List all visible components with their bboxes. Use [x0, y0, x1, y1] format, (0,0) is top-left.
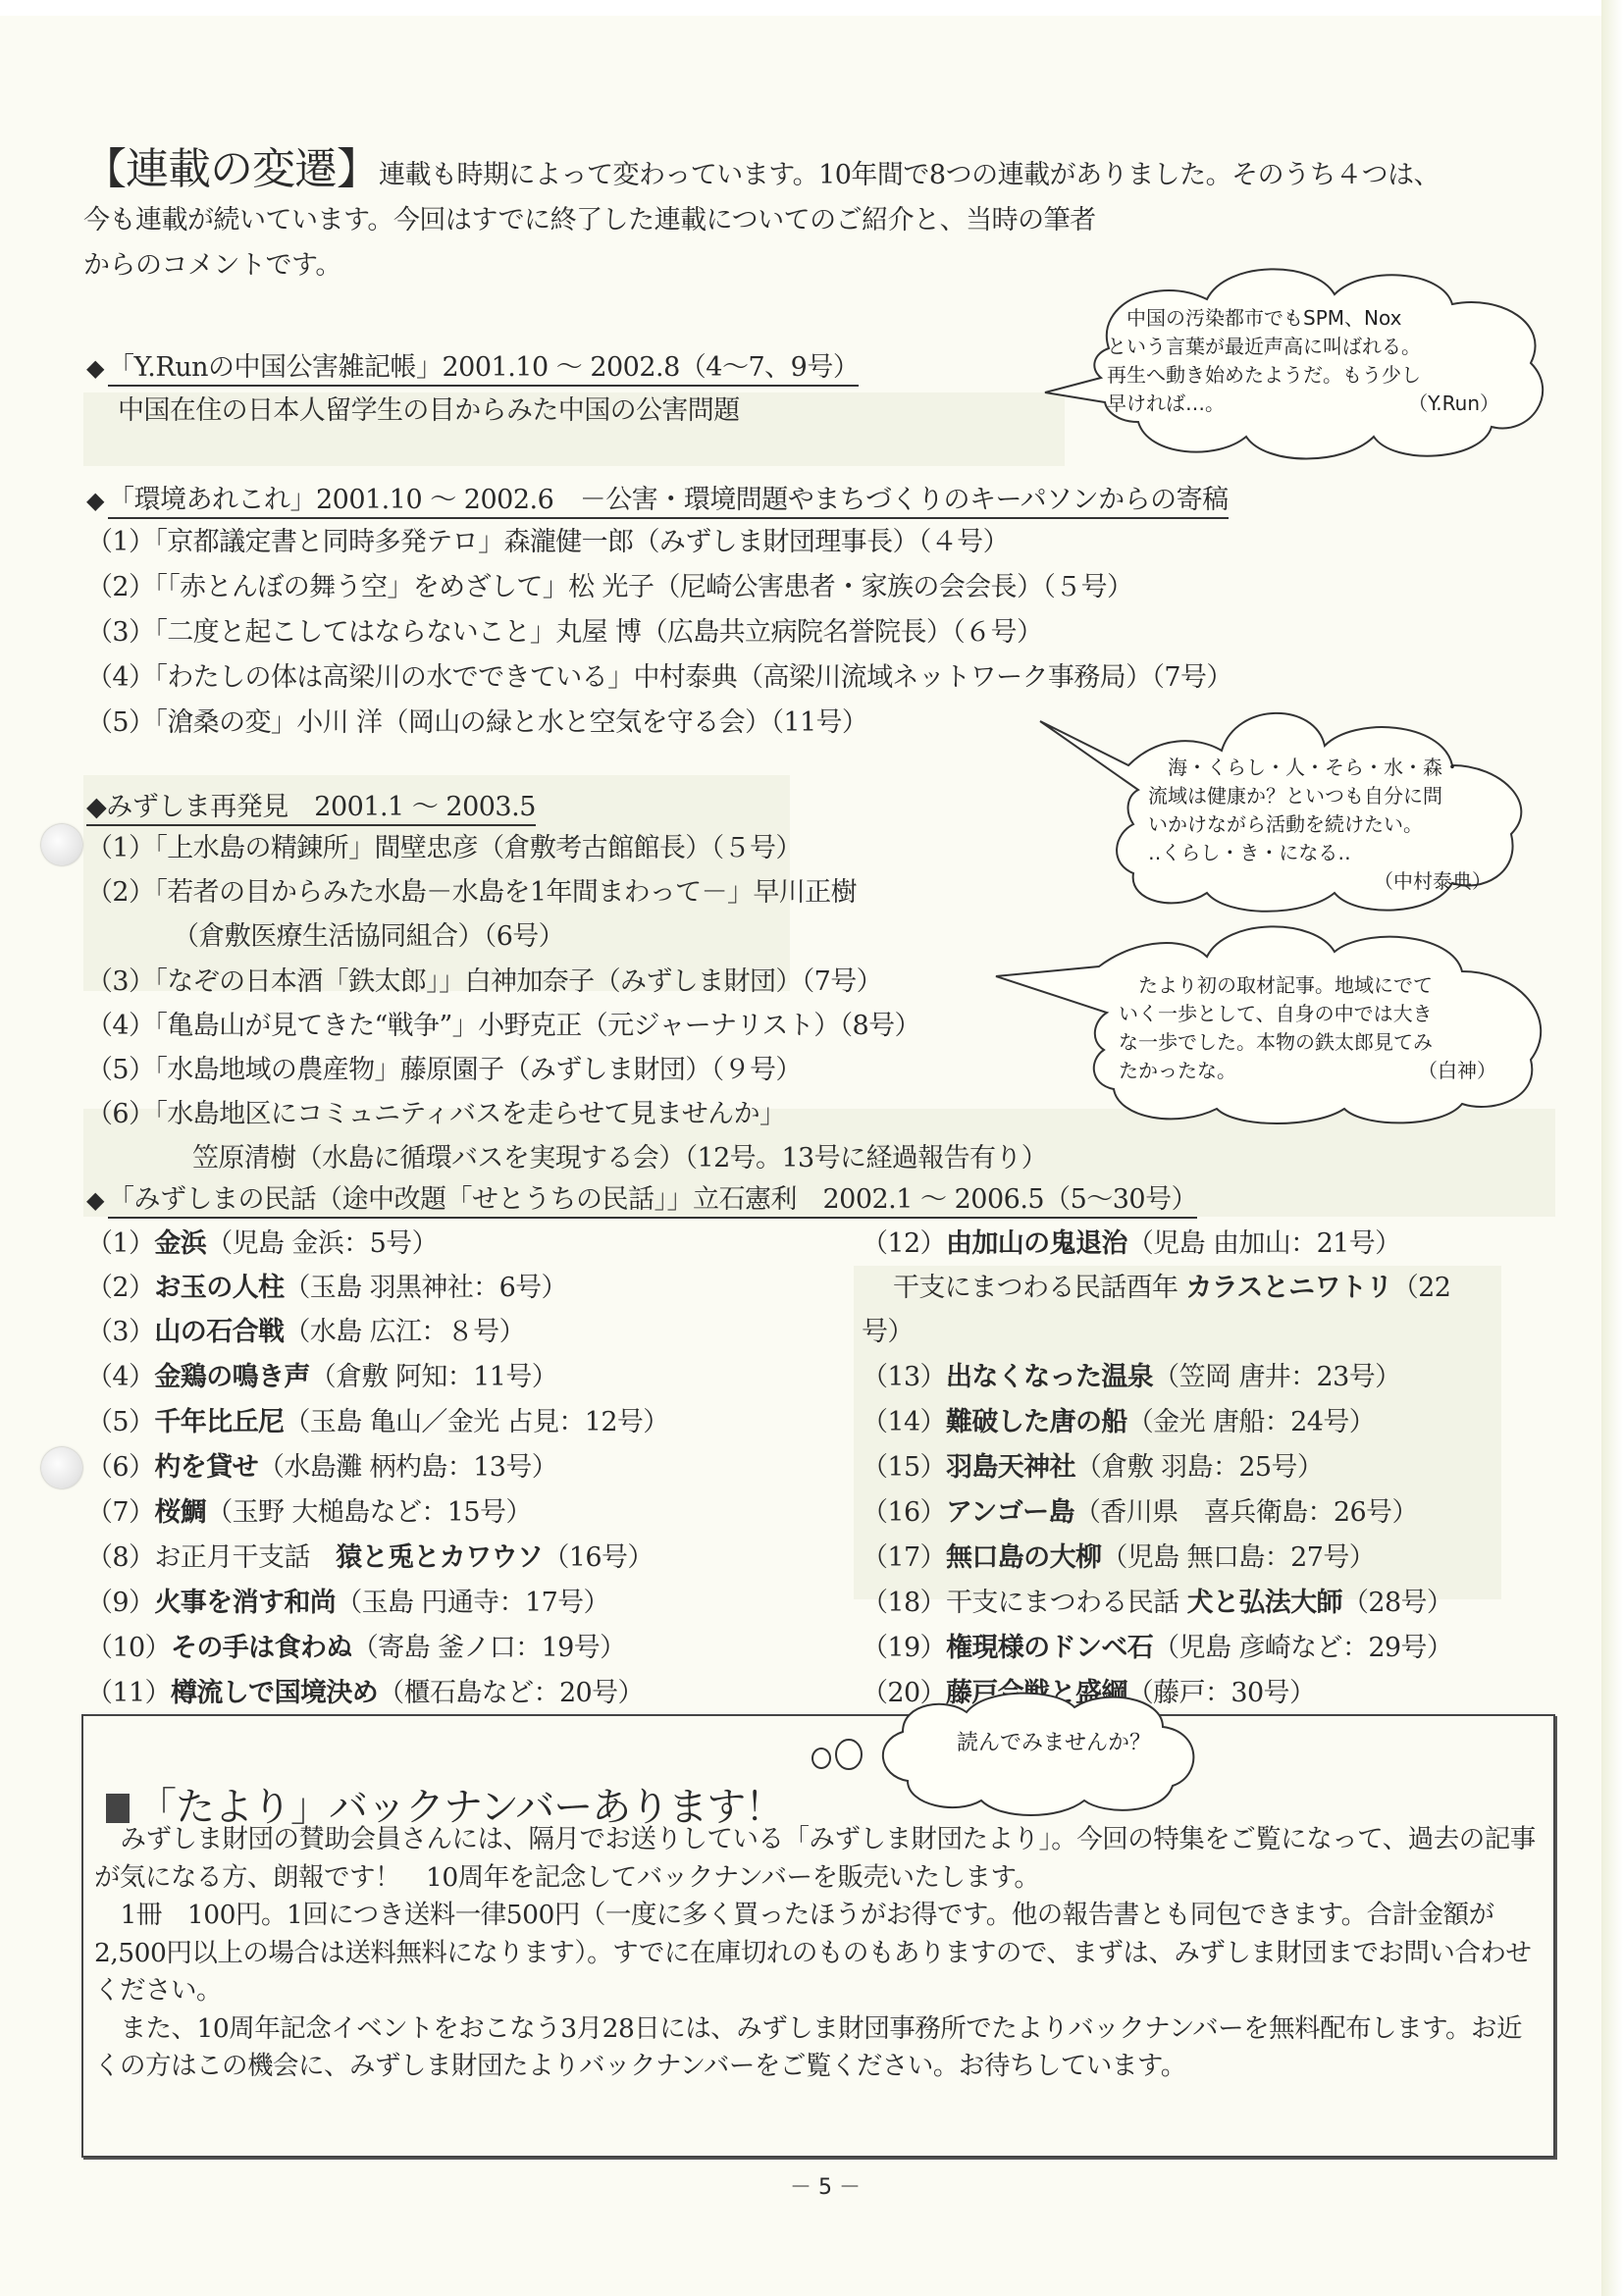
- paragraph: みずしま財団の賛助会員さんには、隔月でお送りしている「みずしま財団たより」。今回…: [94, 1821, 1537, 1897]
- list-item: （5）千年比丘尼（玉島 亀山／金光 占見：12号）: [86, 1400, 669, 1438]
- list-item: （2）お玉の人柱（玉島 羽黒神社：6号）: [86, 1266, 567, 1304]
- paragraph: 1冊 100円。1回につき送料一律500円（一度に多く買ったほうがお得です。他の…: [94, 1897, 1537, 2010]
- list-item-continuation: 笠原清樹（水島に循環バスを実現する会）（12号。13号に経過報告有り）: [192, 1136, 1047, 1174]
- list-item: （15）羽島天神社（倉敷 羽島：25号）: [862, 1445, 1323, 1484]
- speech-bubble-yrun: 中国の汚染都市でもSPM、Nox という言葉が最近声高に叫ばれる。 再生へ動き始…: [1021, 265, 1570, 461]
- scan-margin-right: [1601, 0, 1623, 2296]
- intro-text-line2: 今も連載が続いています。今回はすでに終了した連載についてのご紹介と、当時の筆者: [83, 205, 1096, 235]
- thought-bubble-backnumber: 読んでみませんか？: [810, 1688, 1300, 1815]
- list-item-continuation: （倉敷医療生活協同組合）（6号）: [173, 914, 564, 953]
- section-heading-minwa: ◆「みずしまの民話（途中改題「せとうちの民話」」立石憲利 2002.1 ～ 20…: [86, 1177, 1197, 1216]
- list-item: （4）「わたしの体は高梁川の水でできている」中村泰典（高梁川流域ネットワーク事務…: [86, 655, 1232, 694]
- diamond-icon: ◆: [86, 487, 104, 514]
- punch-hole: [41, 1447, 82, 1488]
- list-item: （18）干支にまつわる民話 犬と弘法大師（28号）: [862, 1581, 1452, 1619]
- backnumber-body: みずしま財団の賛助会員さんには、隔月でお送りしている「みずしま財団たより」。今回…: [94, 1821, 1537, 2086]
- diamond-icon: ◆: [86, 1186, 104, 1214]
- intro-heading: 【連載の変遷】: [83, 144, 379, 194]
- scan-margin-top: [0, 0, 1623, 16]
- list-item: （2）「若者の目からみた水島－水島を1年間まわって－」早川正樹: [86, 870, 857, 909]
- list-item: （12）由加山の鬼退治（児島 由加山：21号）: [862, 1222, 1401, 1260]
- list-item: （9）火事を消す和尚（玉島 円通寺：17号）: [86, 1581, 609, 1619]
- list-item-continuation: 号）: [862, 1310, 914, 1348]
- list-item: （19）権現様のドンベ石（児島 彦崎など：29号）: [862, 1626, 1452, 1664]
- speech-bubble-shiragami: たより初の取材記事。地域にでて いく一歩として、自身の中では大き な一歩でした。…: [991, 922, 1570, 1119]
- list-item: （4）金鶏の鳴き声（倉敷 阿知：11号）: [86, 1355, 557, 1393]
- page-number: － 5 －: [790, 2170, 861, 2201]
- list-item: （8）お正月干支話 猿と兎とカワウソ（16号）: [86, 1536, 654, 1574]
- paragraph: また、10周年記念イベントをおこなう3月28日には、みずしま財団事務所でたよりバ…: [94, 2010, 1537, 2086]
- list-item: （17）無口島の大柳（児島 無口島：27号）: [862, 1536, 1375, 1574]
- list-item: （3）「二度と起こしてはならないこと」丸屋 博（広島共立病院名誉院長）（６号）: [86, 610, 1042, 649]
- square-bullet-icon: [106, 1794, 130, 1823]
- list-item: （3）山の石合戦（水島 広江：８号）: [86, 1310, 525, 1348]
- list-item: （16）アンゴー島（香川県 喜兵衛島：26号）: [862, 1490, 1418, 1529]
- list-item: （2）「「赤とんぼの舞う空」をめざして」松 光子（尼崎公害患者・家族の会会長）（…: [86, 565, 1132, 603]
- list-item: （5）「水島地域の農産物」藤原園子（みずしま財団）（９号）: [86, 1048, 802, 1086]
- list-item: （3）「なぞの日本酒「鉄太郎」」白神加奈子（みずしま財団）（7号）: [86, 960, 882, 998]
- intro-text-line3: からのコメントです。: [83, 250, 341, 281]
- section-heading-yrun: ◆「Y.Runの中国公害雑記帳」2001.10 ～ 2002.8（4～7、9号）: [86, 345, 859, 384]
- list-item-extra: 干支にまつわる民話酉年 カラスとニワトリ（22: [893, 1266, 1450, 1304]
- list-item: （4）「亀島山が見てきた“戦争”」小野克正（元ジャーナリスト）（8号）: [86, 1004, 920, 1042]
- diamond-icon: ◆: [86, 354, 104, 382]
- list-item: （1）「京都議定書と同時多発テロ」森瀧健一郎（みずしま財団理事長）（４号）: [86, 520, 1009, 558]
- punch-hole: [41, 824, 82, 865]
- list-item: （7）桜鯛（玉野 大槌島など：15号）: [86, 1490, 532, 1529]
- speech-bubble-nakamura: 海・くらし・人・そら・水・森・ 流域は健康か？といつも自分に問 いかけながら活動…: [1030, 706, 1560, 922]
- section-heading-saihakken: ◆みずしま再発見 2001.1 ～ 2003.5: [86, 785, 536, 823]
- list-item: （1）「上水島の精錬所」間壁忠彦（倉敷考古館館長）（５号）: [86, 826, 802, 864]
- list-item: （13）出なくなった温泉（笠岡 唐井：23号）: [862, 1355, 1401, 1393]
- list-item: （1）金浜（児島 金浜：5号）: [86, 1222, 438, 1260]
- section-desc-yrun: 中国在住の日本人留学生の目からみた中国の公害問題: [118, 389, 740, 427]
- list-item: （14）難破した唐の船（金光 唐船：24号）: [862, 1400, 1375, 1438]
- list-item: （6）「水島地区にコミュニティバスを走らせて見ませんか」: [86, 1092, 785, 1130]
- intro-text-line1: 連載も時期によって変わっています。10年間で8つの連載がありました。そのうち４つ…: [379, 160, 1440, 190]
- list-item: （6）杓を貸せ（水島灘 柄杓島：13号）: [86, 1445, 557, 1484]
- list-item: （11）樽流しで国境決め（櫃石島など：20号）: [86, 1671, 644, 1709]
- list-item: （10）その手は食わぬ（寄島 釜ノ口：19号）: [86, 1626, 626, 1664]
- list-item: （5）「滄桑の変」小川 洋（岡山の緑と水と空気を守る会）（11号）: [86, 701, 867, 739]
- section-heading-kankyo: ◆「環境あれこれ」2001.10 ～ 2002.6 －公害・環境問題やまちづくり…: [86, 478, 1229, 516]
